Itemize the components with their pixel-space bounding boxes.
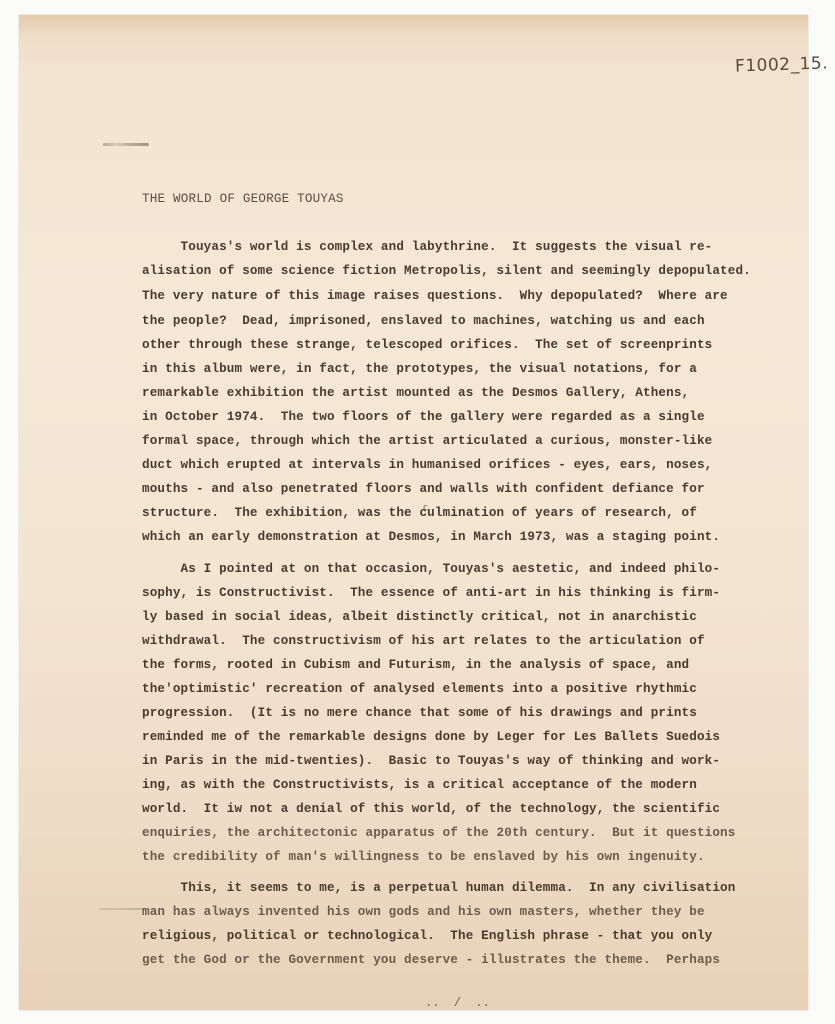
text-line: sophy, is Constructivist. The essence of…: [142, 585, 720, 601]
text-line: which an early demonstration at Desmos, …: [142, 529, 720, 545]
text-line: in Paris in the mid-twenties). Basic to …: [142, 753, 720, 769]
page-footer-mark: .. / ..: [425, 996, 490, 1010]
staple-mark: [103, 143, 149, 146]
text-line: the forms, rooted in Cubism and Futurism…: [142, 657, 689, 673]
text-line: get the God or the Government you deserv…: [142, 952, 720, 968]
text-line: the'optimistic' recreation of analysed e…: [142, 681, 697, 697]
handwritten-reference-number: F1002_15.: [735, 53, 829, 76]
text-line: religious, political or technological. T…: [142, 928, 712, 944]
text-line: the people? Dead, imprisoned, enslaved t…: [142, 313, 705, 329]
text-line: withdrawal. The constructivism of his ar…: [142, 633, 705, 649]
text-line: As I pointed at on that occasion, Touyas…: [142, 561, 720, 577]
text-line: ly based in social ideas, albeit distinc…: [142, 609, 697, 625]
text-line: the credibility of man's willingness to …: [142, 849, 705, 865]
text-line: in this album were, in fact, the prototy…: [142, 361, 697, 377]
text-line: The very nature of this image raises que…: [142, 288, 728, 304]
text-line: other through these strange, telescoped …: [142, 337, 712, 353]
text-line: formal space, through which the artist a…: [142, 433, 712, 449]
staple-mark: [99, 908, 145, 910]
text-line: alisation of some science fiction Metrop…: [142, 263, 751, 279]
handwritten-correction-mark: c: [423, 503, 428, 513]
text-line: in October 1974. The two floors of the g…: [142, 409, 705, 425]
document-title: THE WORLD OF GEORGE TOUYAS: [142, 192, 344, 206]
text-line: enquiries, the architectonic apparatus o…: [142, 825, 735, 841]
text-line: progression. (It is no mere chance that …: [142, 705, 697, 721]
text-line: duct which erupted at intervals in human…: [142, 457, 712, 473]
text-line: This, it seems to me, is a perpetual hum…: [142, 880, 735, 896]
text-line: mouths - and also penetrated floors and …: [142, 481, 705, 497]
text-line: structure. The exhibition, was the culmi…: [142, 505, 697, 521]
text-line: reminded me of the remarkable designs do…: [142, 729, 720, 745]
text-line: remarkable exhibition the artist mounted…: [142, 385, 689, 401]
text-line: world. It iw not a denial of this world,…: [142, 801, 720, 817]
text-line: man has always invented his own gods and…: [142, 904, 705, 920]
text-line: ing, as with the Constructivists, is a c…: [142, 777, 697, 793]
text-line: Touyas's world is complex and labythrine…: [142, 239, 712, 255]
